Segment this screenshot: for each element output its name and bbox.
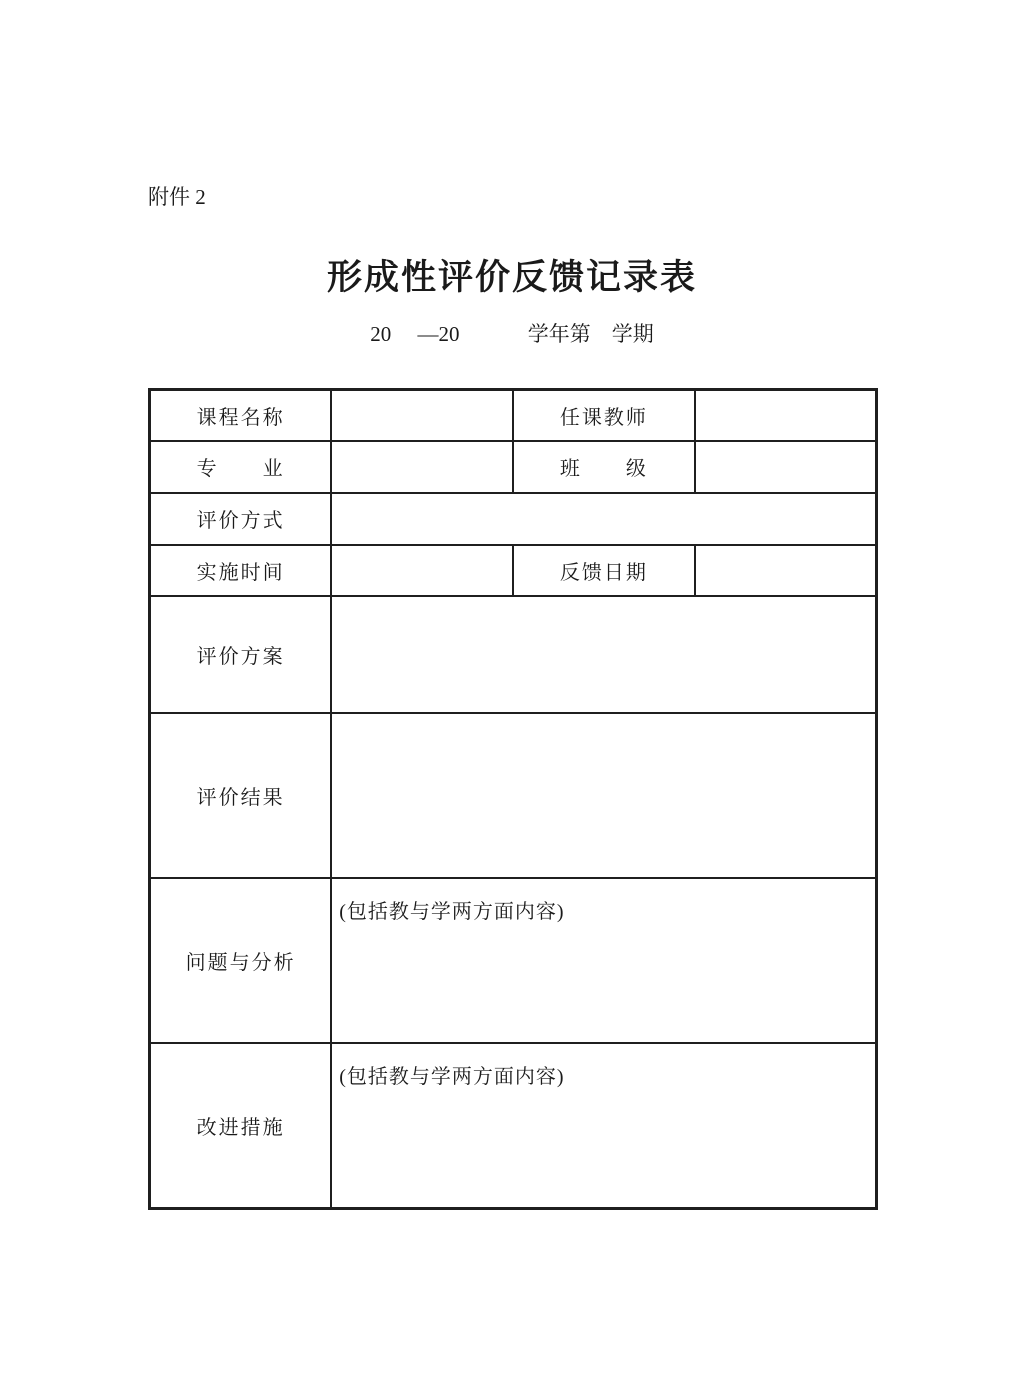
major-field[interactable] [331,441,513,493]
problems-analysis-label: 问题与分析 [150,878,332,1043]
evaluation-plan-label: 评价方案 [150,596,332,713]
feedback-date-label: 反馈日期 [513,545,695,596]
table-row: 课程名称 任课教师 [150,390,877,441]
table-row: 专 业 班 级 [150,441,877,493]
teacher-field[interactable] [695,390,877,441]
form-title: 形成性评价反馈记录表 [0,258,1024,298]
evaluation-form-table: 课程名称 任课教师 专 业 班 级 评价方式 实施时间 反馈日期 [148,388,878,1210]
class-field[interactable] [695,441,877,493]
problems-analysis-field[interactable]: (包括教与学两方面内容) [331,878,876,1043]
feedback-date-field[interactable] [695,545,877,596]
problems-analysis-hint: (包括教与学两方面内容) [339,901,564,923]
table-row: 评价方案 [150,596,877,713]
table-row: 问题与分析 (包括教与学两方面内容) [150,878,877,1043]
major-label: 专 业 [150,441,332,493]
class-label: 班 级 [513,441,695,493]
teacher-label: 任课教师 [513,390,695,441]
table-row: 评价结果 [150,713,877,878]
table-row: 实施时间 反馈日期 [150,545,877,596]
implementation-time-label: 实施时间 [150,545,332,596]
evaluation-result-label: 评价结果 [150,713,332,878]
academic-term-line: 20 —20 学年第 学期 [0,322,1024,347]
evaluation-method-label: 评价方式 [150,493,332,545]
table-row: 评价方式 [150,493,877,545]
implementation-time-field[interactable] [331,545,513,596]
improvement-measures-hint: (包括教与学两方面内容) [339,1066,564,1088]
table-row: 改进措施 (包括教与学两方面内容) [150,1043,877,1209]
improvement-measures-label: 改进措施 [150,1043,332,1209]
course-name-field[interactable] [331,390,513,441]
improvement-measures-field[interactable]: (包括教与学两方面内容) [331,1043,876,1209]
evaluation-result-field[interactable] [331,713,876,878]
attachment-label: 附件 2 [148,185,206,210]
course-name-label: 课程名称 [150,390,332,441]
evaluation-method-field[interactable] [331,493,876,545]
document-page: 附件 2 形成性评价反馈记录表 20 —20 学年第 学期 课程名称 任课教师 … [0,0,1024,1379]
evaluation-plan-field[interactable] [331,596,876,713]
